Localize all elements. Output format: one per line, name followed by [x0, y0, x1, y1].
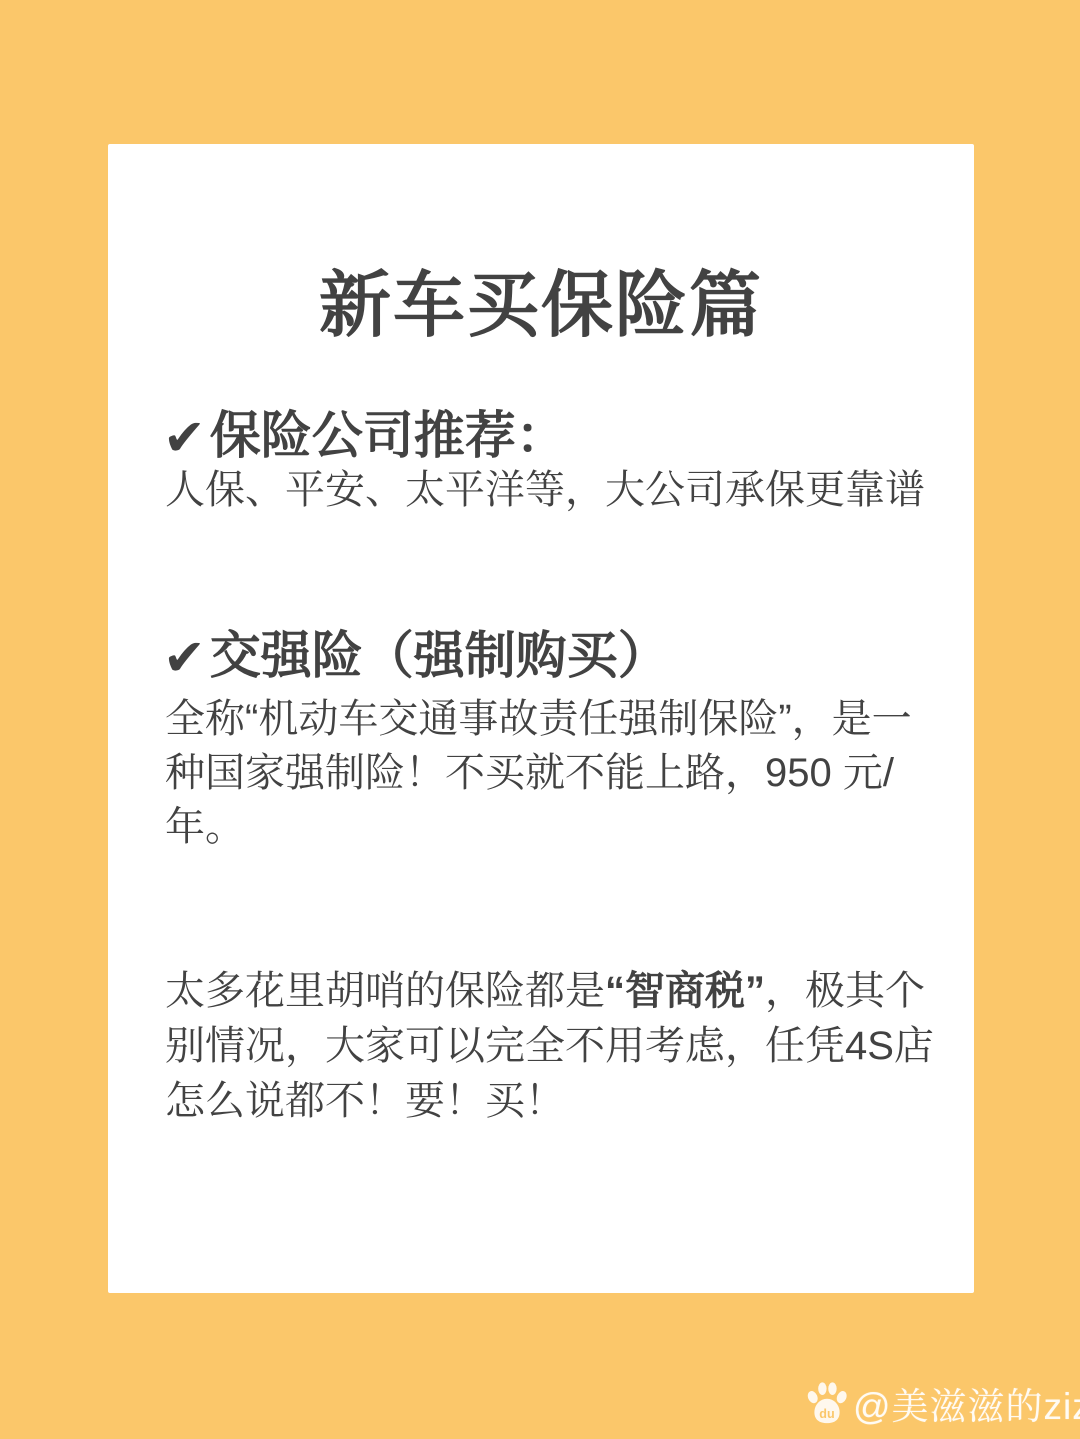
section-insurer-heading-label: 保险公司推荐： — [210, 408, 567, 464]
section-compulsory-heading: ✔ 交强险（强制购买） — [163, 628, 669, 684]
body-line: 人保、平安、太平洋等，大公司承保更靠谱 — [165, 463, 925, 517]
note-text-suffix: ，极其个 — [765, 969, 925, 1013]
note-text-emphasis: “智商税” — [605, 969, 765, 1013]
body-line: 全称“机动车交通事故责任强制保险”，是一 — [165, 692, 912, 746]
watermark: du @美滋滋的zizi — [806, 1376, 1080, 1430]
section-compulsory-heading-label: 交强险（强制购买） — [210, 628, 669, 684]
note-line: 别情况，大家可以完全不用考虑，任凭4S店 — [165, 1019, 934, 1074]
baidu-du-label: du — [819, 1407, 834, 1421]
check-icon: ✔ — [163, 630, 206, 686]
note-line: 太多花里胡哨的保险都是“智商税”，极其个 — [165, 964, 934, 1019]
section-compulsory-body: 全称“机动车交通事故责任强制保险”，是一 种国家强制险！不买就不能上路，950 … — [165, 692, 912, 854]
baidu-paw-icon: du — [806, 1381, 848, 1425]
body-line: 年。 — [165, 800, 912, 854]
watermark-handle: @美滋滋的zizi — [853, 1376, 1080, 1430]
note-text-prefix: 太多花里胡哨的保险都是 — [165, 969, 605, 1013]
section-insurer-heading: ✔ 保险公司推荐： — [163, 408, 567, 464]
note-line: 怎么说都不！要！买！ — [165, 1074, 934, 1129]
check-icon: ✔ — [163, 410, 206, 466]
warning-note: 太多花里胡哨的保险都是“智商税”，极其个 别情况，大家可以完全不用考虑，任凭4S… — [165, 964, 934, 1129]
poster-background: 新车买保险篇 ✔ 保险公司推荐： 人保、平安、太平洋等，大公司承保更靠谱 ✔ 交… — [0, 0, 1080, 1439]
page-title: 新车买保险篇 — [108, 270, 974, 342]
section-insurer-body: 人保、平安、太平洋等，大公司承保更靠谱 — [165, 463, 925, 517]
body-line: 种国家强制险！不买就不能上路，950 元/ — [165, 746, 912, 800]
content-card: 新车买保险篇 ✔ 保险公司推荐： 人保、平安、太平洋等，大公司承保更靠谱 ✔ 交… — [108, 144, 974, 1293]
